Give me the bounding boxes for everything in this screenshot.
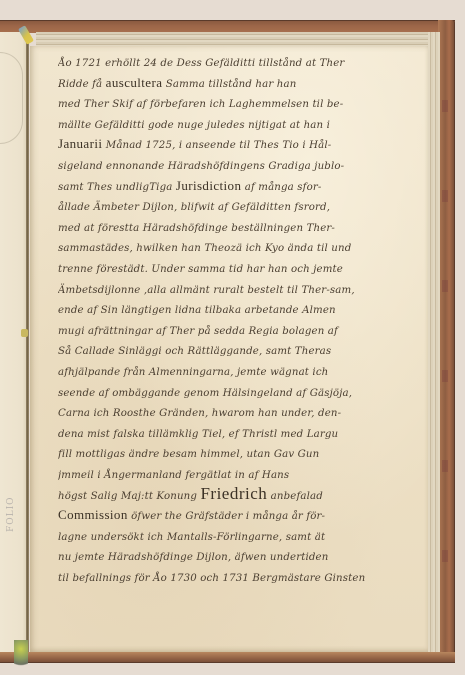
line-text: ende af Sin längtigen lidna tilbaka arbe… — [58, 305, 336, 316]
manuscript-line: lagne undersökt ich Mantalls-Förlingarne… — [58, 526, 388, 547]
line-text: öfwer the Gräfstäder i många år för- — [128, 511, 325, 522]
manuscript-line: Januarii Månad 1725, i anseende til Thes… — [58, 134, 388, 155]
line-text: Samma tillstånd har han — [162, 79, 296, 90]
line-text: til befallnings för Åo 1730 och 1731 Ber… — [58, 573, 365, 584]
line-text: sigeland ennonande Häradshöfdingens Grad… — [58, 161, 344, 172]
manuscript-line: mällte Gefälditti gode nuge juledes nijt… — [58, 114, 388, 135]
line-text: högst Salig Maj:tt Konung — [58, 491, 200, 502]
manuscript-line: jmmeil i Ångermanland fergätlat in af Ha… — [58, 464, 388, 485]
line-text: Ridde få — [58, 79, 106, 90]
line-text: lagne undersökt ich Mantalls-Förlingarne… — [58, 532, 325, 543]
manuscript-line: högst Salig Maj:tt Konung Friedrich anbe… — [58, 484, 388, 505]
manuscript-line: mugi afrättningar af Ther på sedda Regia… — [58, 320, 388, 341]
manuscript-line: seende af ombäggande genom Hälsingeland … — [58, 382, 388, 403]
line-text: samt Thes undligTiga — [58, 182, 176, 193]
manuscript-line: Ridde få auscultera Samma tillstånd har … — [58, 73, 388, 94]
manuscript-line: Ämbetsdijlonne ,alla allmänt ruralt best… — [58, 279, 388, 300]
line-text: fill mottligas ändre besam himmel, utan … — [58, 449, 319, 460]
manuscript-line: sigeland ennonande Häradshöfdingens Grad… — [58, 155, 388, 176]
manuscript-line: Carna ich Roosthe Gränden, hwarom han un… — [58, 402, 388, 423]
manuscript-text: Åo 1721 erhöllt 24 de Dess Gefälditti ti… — [58, 52, 388, 587]
manuscript-line: trenne förestädt. Under samma tid har ha… — [58, 258, 388, 279]
latin-script-word: Jurisdiction — [176, 178, 241, 193]
left-page-flourish — [0, 52, 23, 144]
manuscript-line: til befallnings för Åo 1730 och 1731 Ber… — [58, 567, 388, 588]
line-text: jmmeil i Ångermanland fergätlat in af Ha… — [58, 470, 289, 481]
line-text: mugi afrättningar af Ther på sedda Regia… — [58, 326, 338, 337]
latin-script-word: Commission — [58, 507, 128, 522]
manuscript-line: dena mist falska tillämklig Tiel, ef Thr… — [58, 423, 388, 444]
book-gutter — [26, 32, 29, 652]
binding-thread-bottom — [14, 640, 28, 670]
line-text: afhjälpande från Almenningarna, jemte wä… — [58, 367, 328, 378]
manuscript-line: Åo 1721 erhöllt 24 de Dess Gefälditti ti… — [58, 52, 388, 73]
binding-thread-middle — [21, 329, 28, 337]
manuscript-line: ende af Sin längtigen lidna tilbaka arbe… — [58, 299, 388, 320]
manuscript-line: ållade Ämbeter Dijlon, blifwit af Gefäld… — [58, 196, 388, 217]
page-stack-right — [428, 32, 440, 652]
line-text: Ämbetsdijlonne ,alla allmänt ruralt best… — [58, 285, 355, 296]
latin-script-word: Januarii — [58, 136, 102, 151]
manuscript-line: med at förestta Häradshöfdinge beställni… — [58, 217, 388, 238]
line-text: ållade Ämbeter Dijlon, blifwit af Gefäld… — [58, 202, 330, 213]
book-cover-bottom-edge — [0, 652, 455, 663]
line-text: Åo 1721 erhöllt 24 de Dess Gefälditti ti… — [58, 58, 344, 69]
line-text: anbefalad — [267, 491, 323, 502]
manuscript-line: fill mottligas ändre besam himmel, utan … — [58, 443, 388, 464]
manuscript-line: sammastädes, hwilken han Theozä ich Kyo … — [58, 237, 388, 258]
manuscript-line: med Ther Skif af förbefaren ich Laghemme… — [58, 93, 388, 114]
book-cover-right-edge — [438, 20, 455, 662]
line-text: af många sfor- — [241, 182, 321, 193]
line-text: trenne förestädt. Under samma tid har ha… — [58, 264, 343, 275]
line-text: nu jemte Häradshöfdinge Dijlon, äfwen un… — [58, 552, 328, 563]
line-text: sammastädes, hwilken han Theozä ich Kyo … — [58, 243, 351, 254]
latin-script-word: Friedrich — [200, 484, 267, 503]
line-text: seende af ombäggande genom Hälsingeland … — [58, 388, 352, 399]
manuscript-line: Commission öfwer the Gräfstäder i många … — [58, 505, 388, 526]
left-facing-page: FOLIO — [0, 32, 28, 652]
manuscript-line: Så Callade Sinläggi och Rättläggande, sa… — [58, 340, 388, 361]
line-text: Månad 1725, i anseende til Thes Tio i Hå… — [102, 140, 331, 151]
manuscript-line: samt Thes undligTiga Jurisdiction af mån… — [58, 176, 388, 197]
manuscript-line: nu jemte Häradshöfdinge Dijlon, äfwen un… — [58, 546, 388, 567]
page-stack-top — [36, 32, 430, 46]
left-page-stamp: FOLIO — [6, 412, 20, 532]
line-text: Carna ich Roosthe Gränden, hwarom han un… — [58, 408, 341, 419]
line-text: med Ther Skif af förbefaren ich Laghemme… — [58, 99, 343, 110]
manuscript-line: afhjälpande från Almenningarna, jemte wä… — [58, 361, 388, 382]
line-text: mällte Gefälditti gode nuge juledes nijt… — [58, 120, 330, 131]
line-text: med at förestta Häradshöfdinge beställni… — [58, 223, 335, 234]
line-text: Så Callade Sinläggi och Rättläggande, sa… — [58, 346, 331, 357]
line-text: dena mist falska tillämklig Tiel, ef Thr… — [58, 429, 338, 440]
latin-script-word: auscultera — [106, 75, 163, 90]
